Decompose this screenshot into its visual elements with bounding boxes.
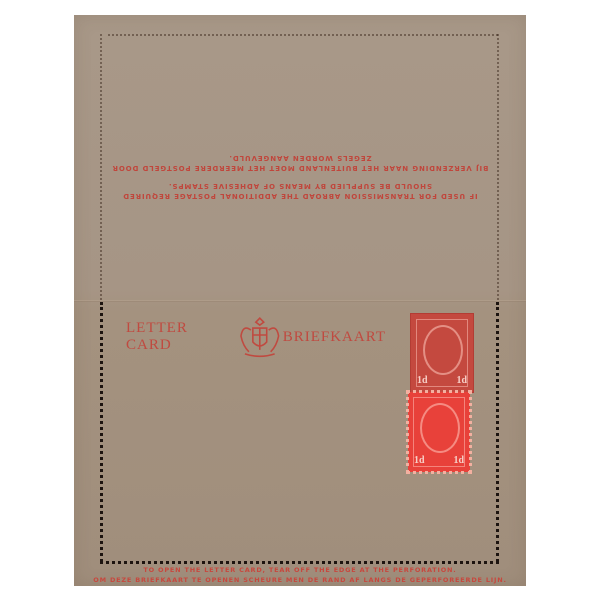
stamp-value-right: 1d (453, 455, 464, 466)
instructions-english: TO OPEN THE LETTER CARD, TEAR OFF THE ED… (84, 565, 516, 575)
king-portrait-icon (420, 403, 460, 453)
stamp-value-left: 1d (417, 375, 428, 386)
title-english: LETTER CARD (126, 320, 237, 354)
stamp-value-right: 1d (456, 375, 467, 386)
card-heading: LETTER CARD BRIEFKAART (126, 317, 386, 357)
fold-line (74, 300, 526, 302)
perforation-left-upper (100, 34, 102, 300)
notice-dutch: BIJ VERZENDING NAAR HET BUITENLAND MOET … (104, 153, 496, 173)
upside-down-notice: IF USED FOR TRANSMISSION ABROAD THE ADDI… (104, 145, 496, 201)
king-portrait-icon (423, 325, 463, 375)
letter-card: IF USED FOR TRANSMISSION ABROAD THE ADDI… (74, 15, 526, 586)
stamp-value-left: 1d (414, 455, 425, 466)
perforation-bottom (100, 561, 499, 564)
perforation-left (100, 302, 103, 562)
title-dutch: BRIEFKAART (283, 329, 386, 346)
opening-instructions: TO OPEN THE LETTER CARD, TEAR OFF THE ED… (84, 565, 516, 585)
notice-english: IF USED FOR TRANSMISSION ABROAD THE ADDI… (104, 181, 496, 201)
printed-stamp: 1d 1d (410, 313, 474, 393)
perforation-right (496, 302, 499, 562)
perforation-top (108, 34, 498, 36)
adhesive-stamp: 1d 1d (408, 392, 470, 472)
perforation-right-upper (497, 34, 499, 300)
coat-of-arms-icon (237, 316, 283, 358)
instructions-dutch: OM DEZE BRIEFKAART TE OPENEN SCHEURE MEN… (84, 575, 516, 585)
